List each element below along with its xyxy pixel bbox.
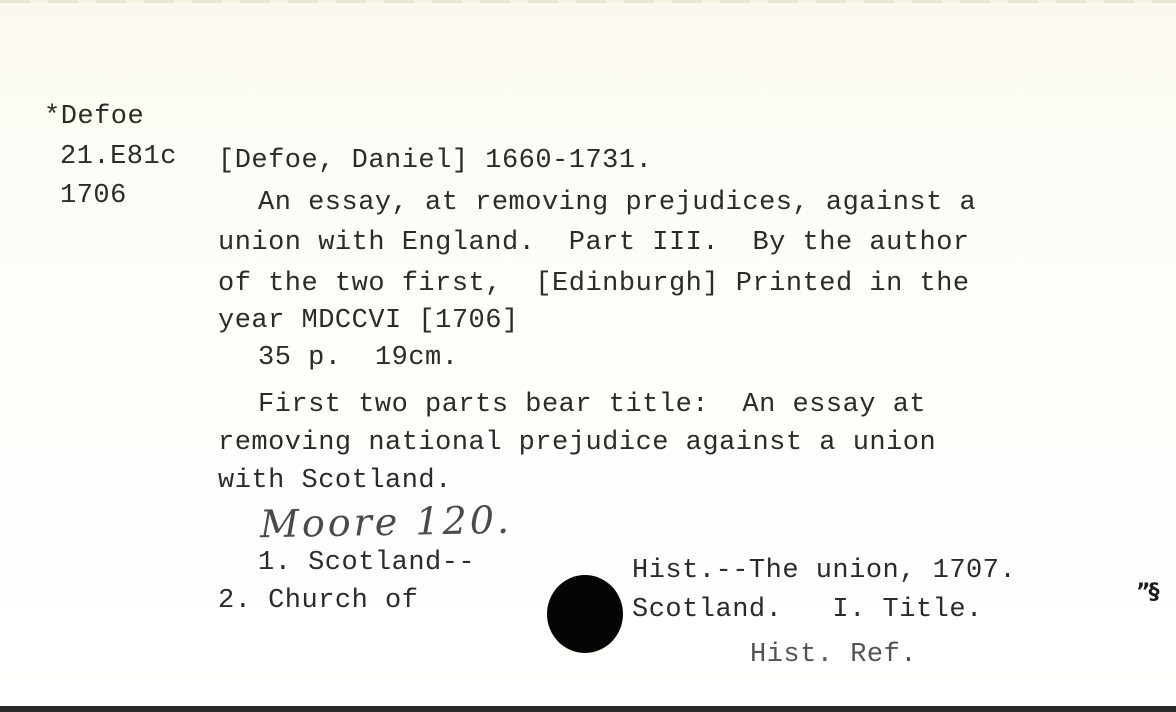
tracing-left-2: 2. Church of [218,588,418,615]
author-line: [Defoe, Daniel] 1660-1731. [218,148,652,175]
tracing-left-1: 1. Scotland-- [258,550,475,577]
collation: 35 p. 19cm. [258,345,458,372]
tracing-footer: Hist. Ref. [750,642,917,669]
catalog-card: *Defoe 21.E81c 1706 [Defoe, Daniel] 1660… [0,0,1176,706]
call-number-line-1: 21.E81c [60,144,177,171]
title-line-2: union with England. Part III. By the aut… [218,230,970,257]
note-line-3: with Scotland. [218,468,452,495]
tracing-right-2: Scotland. I. Title. [632,597,983,624]
title-line-4: year MDCCVI [1706] [218,308,519,335]
title-line-3: of the two first, [Edinburgh] Printed in… [218,271,970,298]
punch-hole [547,575,623,653]
call-number-line-2: 1706 [60,183,127,210]
edge-stamp-mark: ”§ [1136,580,1157,605]
tracing-right-1: Hist.--The union, 1707. [632,558,1016,585]
title-line-1: An essay, at removing prejudices, agains… [258,190,976,217]
handwritten-note: Moore 120. [260,498,513,546]
note-line-2: removing national prejudice against a un… [218,430,936,457]
main-entry-heading: *Defoe [44,104,144,131]
note-line-1: First two parts bear title: An essay at [258,392,926,419]
